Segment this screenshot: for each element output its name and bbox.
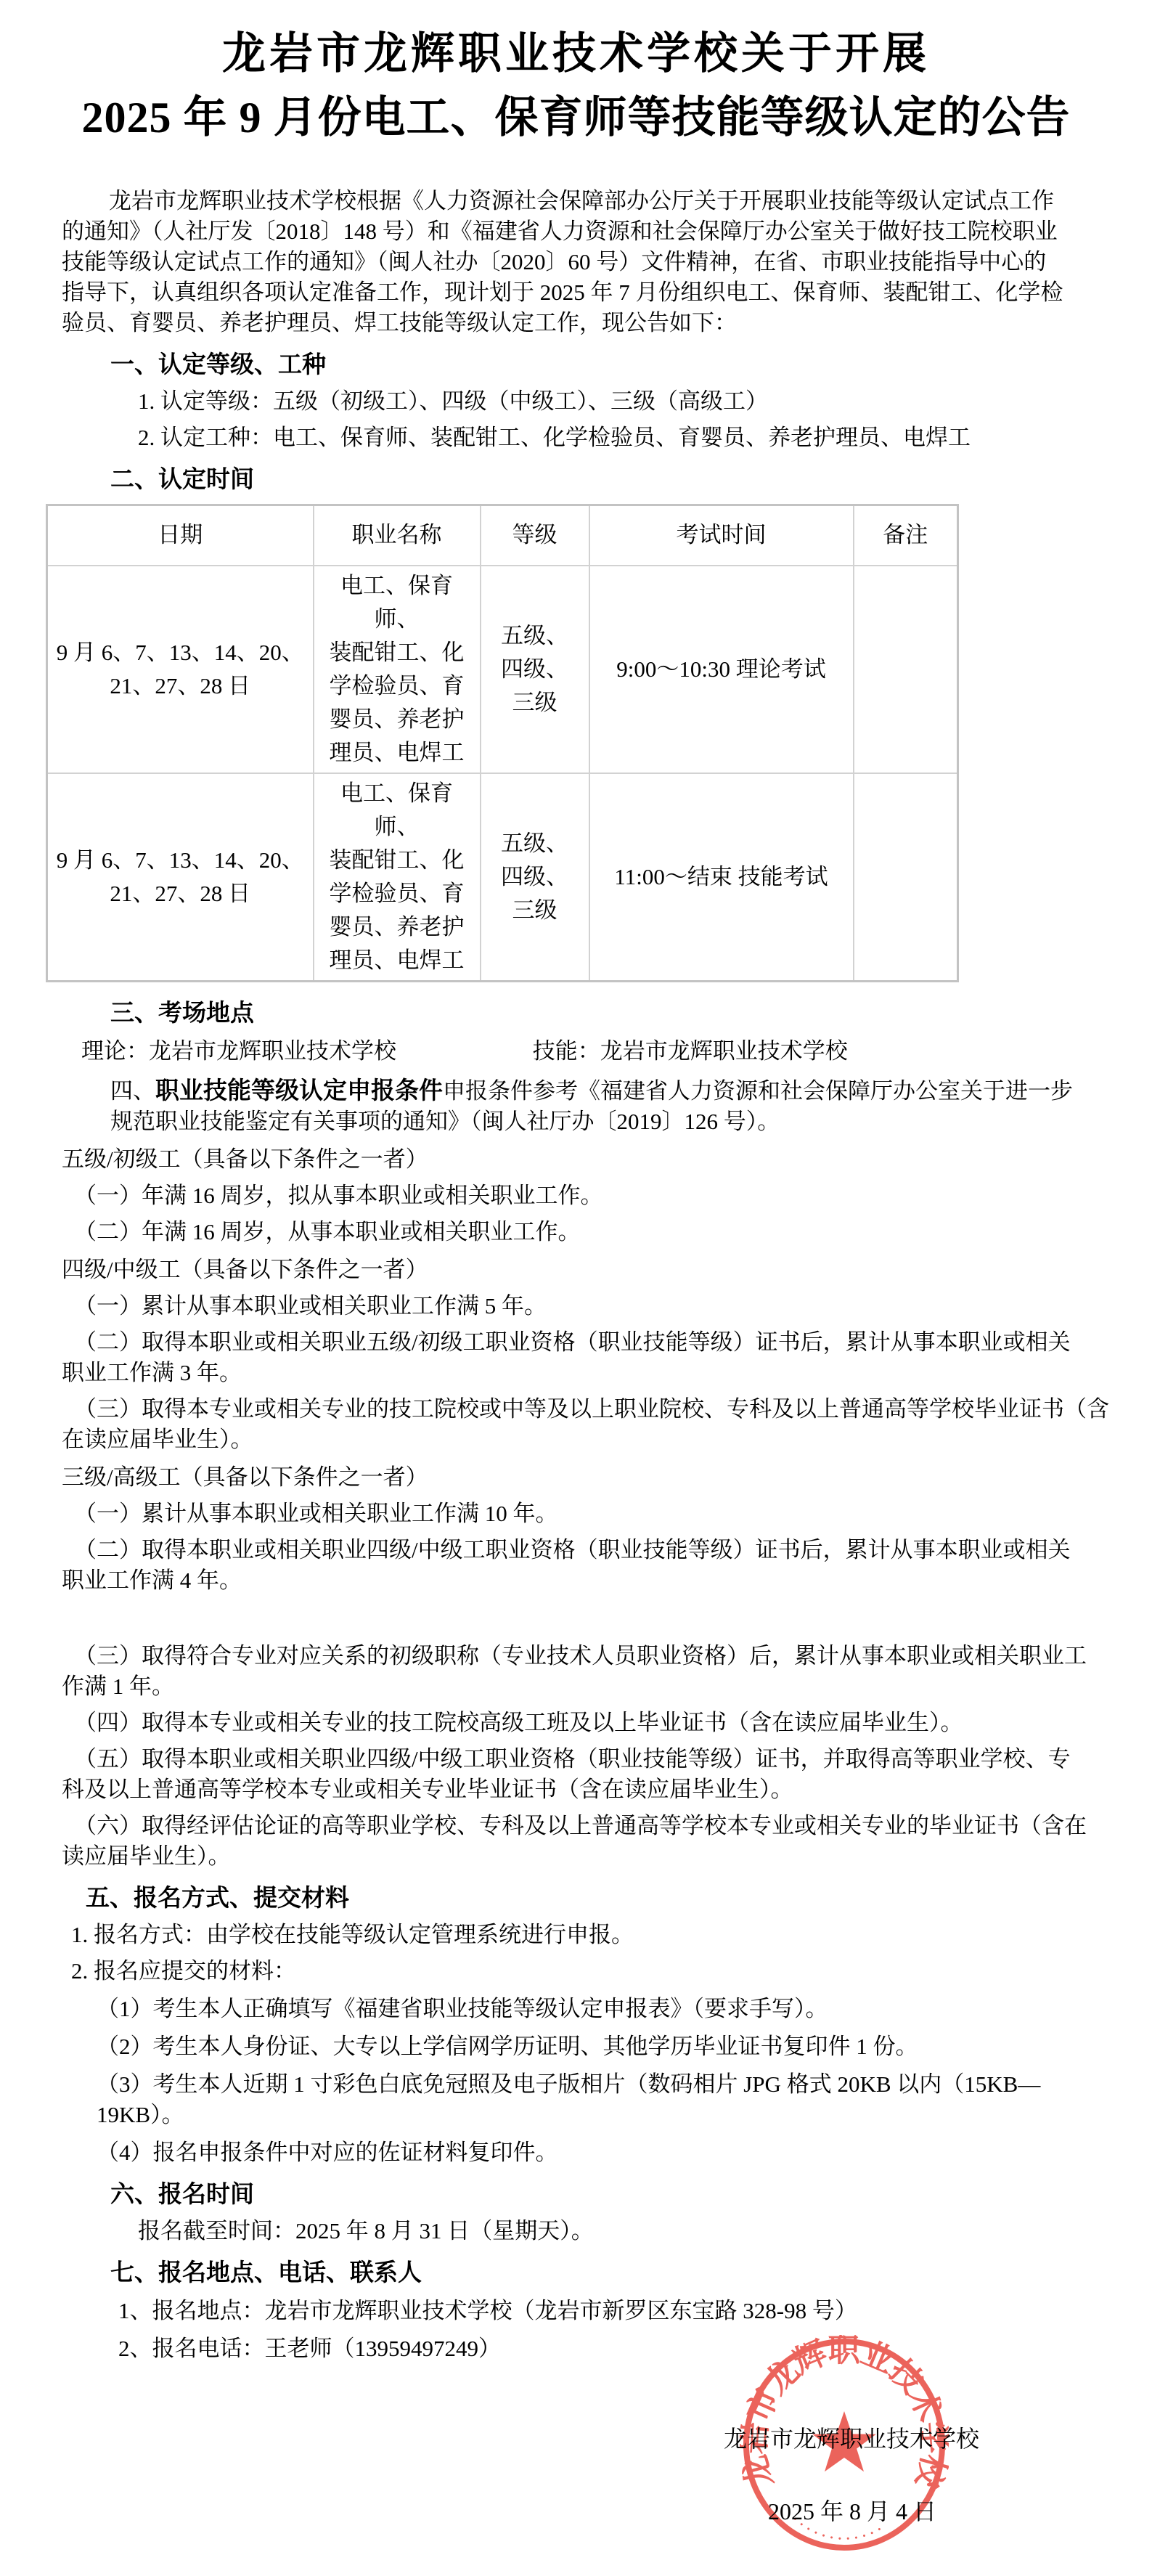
section-4-heading: 职业技能等级认定申报条件 [155,1077,443,1104]
material-4: （4）报名申报条件中对应的佐证材料复印件。 [97,2137,1112,2168]
exam-locations: 理论：龙岩市龙辉职业技术学校 技能：龙岩市龙辉职业技术学校 [81,1036,1152,1067]
col-header-time: 考试时间 [589,505,854,566]
table-row: 9 月 6、7、13、14、20、 21、27、28 日 电工、保育师、 装配钳… [47,773,958,982]
skill-location: 技能：龙岩市龙辉职业技术学校 [533,1038,848,1064]
section-3-heading: 三、考场地点 [110,997,1152,1029]
cell-time: 9:00～10:30 理论考试 [589,566,854,773]
section-4-prefix: 四、 [110,1078,155,1104]
section-6-heading: 六、报名时间 [110,2178,1152,2210]
level3-condition-2: （二）取得本职业或相关职业四级/中级工职业资格（职业技能等级）证书后，累计从事本… [62,1535,1112,1596]
cell-note [854,566,958,773]
level3-condition-1: （一）累计从事本职业或相关职业工作满 10 年。 [62,1499,1112,1529]
material-2: （2）考生本人身份证、大专以上学信网学历证明、其他学历毕业证书复印件 1 份。 [97,2031,1112,2062]
level4-condition-1: （一）累计从事本职业或相关职业工作满 5 年。 [62,1291,1112,1321]
cell-note [854,773,958,982]
section-4-paragraph: 四、职业技能等级认定申报条件申报条件参考《福建省人力资源和社会保障厅办公室关于进… [110,1075,1108,1137]
material-3: （3）考生本人近期 1 寸彩色白底免冠照及电子版相片（数码相片 JPG 格式 2… [97,2069,1112,2130]
theory-location: 理论：龙岩市龙辉职业技术学校 [81,1038,396,1064]
section-5-heading: 五、报名方式、提交材料 [86,1882,1152,1914]
registration-method: 1. 报名方式：由学校在技能等级认定管理系统进行申报。 [71,1920,1152,1950]
cell-date: 9 月 6、7、13、14、20、 21、27、28 日 [47,566,314,773]
table-row: 9 月 6、7、13、14、20、 21、27、28 日 电工、保育师、 装配钳… [47,566,958,773]
document-title: 龙岩市龙辉职业技术学校关于开展 2025 年 9 月份电工、保育师等技能等级认定… [0,0,1152,150]
level3-condition-5: （五）取得本职业或相关职业四级/中级工职业资格（职业技能等级）证书，并取得高等职… [62,1744,1112,1805]
official-seal-icon: 龙岩市龙辉职业技术学校 •••••••••••• [740,2335,949,2554]
col-header-date: 日期 [47,505,314,566]
announcement-document: 龙岩市龙辉职业技术学校关于开展 2025 年 9 月份电工、保育师等技能等级认定… [0,0,1152,2576]
cell-date: 9 月 6、7、13、14、20、 21、27、28 日 [47,773,314,982]
level3-condition-4: （四）取得本专业或相关专业的技工院校高级工班及以上毕业证书（含在读应届毕业生）。 [62,1708,1112,1738]
material-1: （1）考生本人正确填写《福建省职业技能等级认定申报表》（要求手写）。 [97,1994,1112,2024]
level4-title: 四级/中级工（具备以下条件之一者） [62,1255,1152,1285]
section-7-heading: 七、报名地点、电话、联系人 [110,2257,1152,2288]
cell-level: 五级、 四级、 三级 [481,566,589,773]
section-2-heading: 二、认定时间 [110,463,1152,495]
blank-spacer [0,1596,1152,1635]
title-line-2: 2025 年 9 月份电工、保育师等技能等级认定的公告 [0,86,1152,150]
registration-phone: 2、报名电话：王老师（13959497249） [118,2334,1152,2364]
level3-condition-6: （六）取得经评估论证的高等职业学校、专科及以上普通高等学校本专业或相关专业的毕业… [62,1811,1112,1872]
trades-item: 2. 认定工种：电工、保育师、装配钳工、化学检验员、育婴员、养老护理员、电焊工 [138,423,1152,453]
level3-condition-3: （三）取得符合专业对应关系的初级职称（专业技术人员职业资格）后，累计从事本职业或… [62,1641,1112,1702]
col-header-job: 职业名称 [314,505,481,566]
level5-title: 五级/初级工（具备以下条件之一者） [62,1144,1152,1175]
level5-condition-2: （二）年满 16 周岁，从事本职业或相关职业工作。 [62,1217,1112,1247]
seal-star-icon [812,2411,876,2471]
level5-condition-1: （一）年满 16 周岁，拟从事本职业或相关职业工作。 [62,1181,1112,1211]
col-header-level: 等级 [481,505,589,566]
level4-condition-3: （三）取得本专业或相关专业的技工院校或中等及以上职业院校、专科及以上普通高等学校… [62,1394,1112,1455]
cell-job: 电工、保育师、 装配钳工、化 学检验员、育 婴员、养老护 理员、电焊工 [314,773,481,982]
intro-paragraph: 龙岩市龙辉职业技术学校根据《人力资源社会保障部办公厅关于开展职业技能等级认定试点… [62,186,1108,338]
registration-deadline: 报名截至时间：2025 年 8 月 31 日（星期天）。 [138,2216,1152,2246]
title-line-1: 龙岩市龙辉职业技术学校关于开展 [0,22,1152,86]
registration-address: 1、报名地点：龙岩市龙辉职业技术学校（龙岩市新罗区东宝路 328-98 号） [118,2296,1152,2326]
cell-time: 11:00～结束 技能考试 [589,773,854,982]
materials-title: 2. 报名应提交的材料： [71,1956,1152,1986]
section-1-heading: 一、认定等级、工种 [110,349,1152,380]
col-header-note: 备注 [854,505,958,566]
schedule-table: 日期 职业名称 等级 考试时间 备注 9 月 6、7、13、14、20、 21、… [46,504,959,982]
level4-condition-2: （二）取得本职业或相关职业五级/初级工职业资格（职业技能等级）证书后，累计从事本… [62,1327,1112,1388]
cell-level: 五级、 四级、 三级 [481,773,589,982]
level3-title: 三级/高级工（具备以下条件之一者） [62,1462,1152,1493]
table-header-row: 日期 职业名称 等级 考试时间 备注 [47,505,958,566]
cell-job: 电工、保育师、 装配钳工、化 学检验员、育 婴员、养老护 理员、电焊工 [314,566,481,773]
grade-levels-item: 1. 认定等级：五级（初级工）、四级（中级工）、三级（高级工） [138,386,1152,417]
